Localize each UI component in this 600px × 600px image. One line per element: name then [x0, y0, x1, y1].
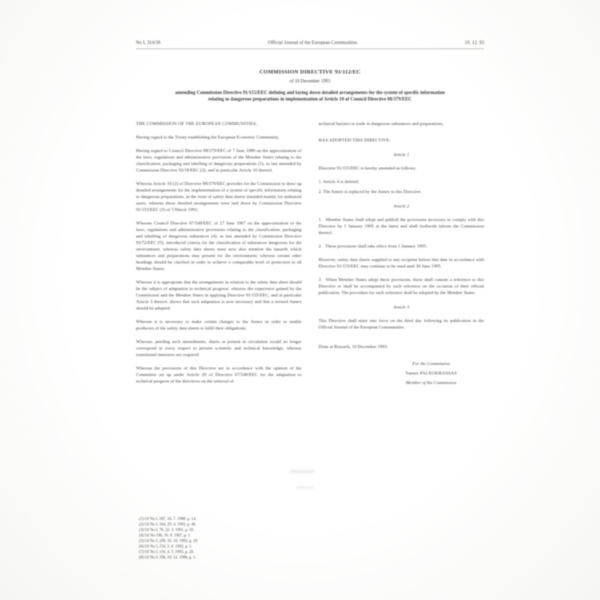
scanned-journal-page: No L 314/38 Official Journal of the Euro… [0, 0, 600, 600]
directive-title: COMMISSION DIRECTIVE 93/112/EC [136, 69, 484, 75]
recital-paragraph: Having regard to the Treaty establishing… [136, 134, 302, 141]
scan-artifact [289, 470, 315, 473]
footnotes-block: (1) OJ No L 187, 16. 7. 1988, p. 14. (2)… [139, 516, 244, 560]
dateline: Done at Brussels, 10 December 1993. [319, 344, 485, 351]
recital-paragraph: Whereas, pending such amendments, sheets… [136, 339, 302, 359]
article-3-paragraph: This Directive shall enter into force on… [319, 318, 485, 331]
recital-paragraph: Having regard to Council Directive 88/37… [136, 148, 302, 174]
recital-paragraph: Whereas Council Directive 67/548/EEC of … [136, 220, 302, 272]
left-column: THE COMMISSION OF THE EUROPEAN COMMUNITI… [136, 121, 302, 392]
recital-paragraph: Whereas the provisions of this Directive… [136, 365, 302, 385]
signature-role: Member of the Commission [378, 379, 484, 387]
right-column: technical barriers to trade in dangerous… [319, 121, 485, 392]
scan-artifact [296, 486, 314, 489]
signature-for-line: For the Commission [378, 360, 484, 368]
header-date: 16. 12. 93 [465, 40, 484, 46]
signature-name: Yannis PALEOKRASSAS [378, 370, 484, 378]
page-content: No L 314/38 Official Journal of the Euro… [136, 40, 484, 600]
recital-paragraph: Whereas it is necessary to make certain … [136, 319, 302, 332]
article-1-item: 2. The Annex is replaced by the Annex to… [319, 189, 485, 196]
commission-opening-line: THE COMMISSION OF THE EUROPEAN COMMUNITI… [136, 121, 302, 128]
signature-block: For the Commission Yannis PALEOKRASSAS M… [378, 360, 484, 387]
article-2-paragraph: However, safety data sheets supplied to … [319, 257, 485, 270]
article-2-paragraph: 1. Member States shall adopt and publish… [319, 217, 485, 237]
recital-paragraph: Whereas it is appropriate that the arran… [136, 279, 302, 312]
directive-title-block: COMMISSION DIRECTIVE 93/112/EC of 10 Dec… [136, 69, 484, 103]
enacting-formula: HAS ADOPTED THIS DIRECTIVE: [319, 137, 485, 144]
directive-subtitle: amending Commission Directive 91/155/EEC… [170, 90, 450, 103]
article-3-heading: Article 3 [319, 304, 485, 311]
directive-date-line: of 10 December 1993 [136, 79, 484, 84]
article-1-intro: Directive 91/155/EEC is hereby amended a… [319, 165, 485, 172]
header-issue-number: No L 314/38 [136, 40, 160, 46]
page-header: No L 314/38 Official Journal of the Euro… [136, 40, 484, 49]
recital-continuation: technical barriers to trade in dangerous… [319, 121, 485, 128]
article-1-heading: Article 1 [319, 152, 485, 159]
footnote: (8) OJ No L 358, 18. 12. 1986, p. 1. [139, 555, 244, 561]
article-2-paragraph: 3. When Member States adopt these provis… [319, 277, 485, 297]
article-2-heading: Article 2 [319, 203, 485, 210]
article-2-paragraph: 2. These provisions shall take effect fr… [319, 243, 485, 250]
article-1-item: 1. Article 4 is deleted; [319, 179, 485, 186]
header-journal-title: Official Journal of the European Communi… [268, 40, 357, 46]
body-columns: THE COMMISSION OF THE EUROPEAN COMMUNITI… [136, 121, 484, 392]
recital-paragraph: Whereas Article 10 (2) of Directive 88/3… [136, 181, 302, 214]
